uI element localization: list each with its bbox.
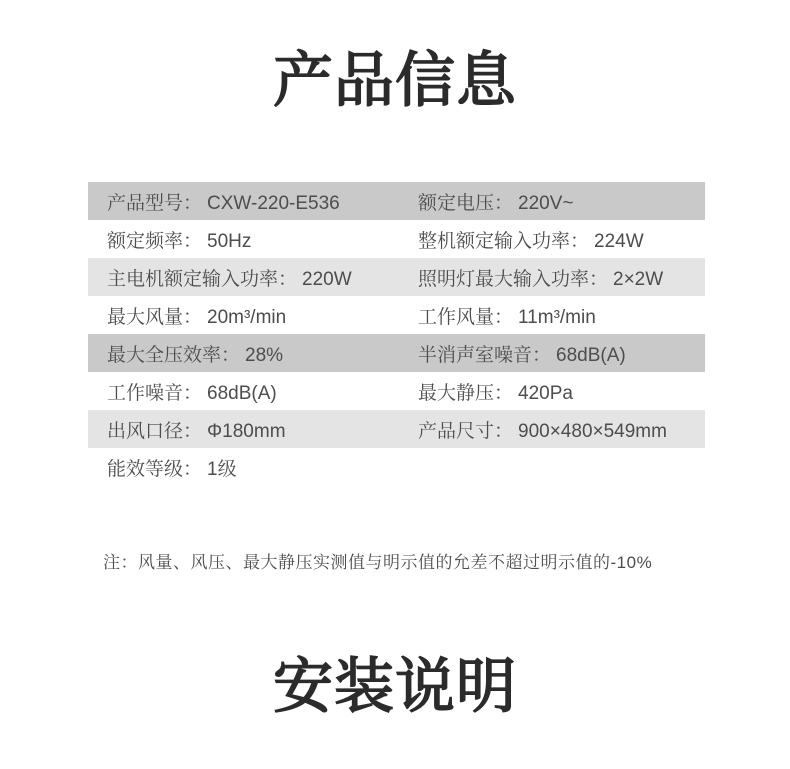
spec-value: 900×480×549mm <box>518 421 667 443</box>
spec-cell-product-dimensions: 产品尺寸： 900×480×549mm <box>418 416 705 443</box>
table-row: 能效等级： 1级 <box>88 448 705 486</box>
spec-value: 224W <box>594 231 644 253</box>
spec-cell-lamp-max-input-power: 照明灯最大输入功率： 2×2W <box>418 264 705 291</box>
spec-label: 工作噪音： <box>107 378 202 405</box>
page-title-installation: 安装说明 <box>0 655 790 718</box>
spec-label: 半消声室噪音： <box>418 340 551 367</box>
spec-cell-rated-voltage: 额定电压： 220V~ <box>418 188 705 215</box>
spec-value: 28% <box>245 345 283 367</box>
spec-label: 产品型号： <box>107 188 202 215</box>
table-row: 工作噪音： 68dB(A) 最大静压： 420Pa <box>88 372 705 410</box>
spec-value: 420Pa <box>518 383 573 405</box>
spec-cell-max-airflow: 最大风量： 20m³/min <box>88 302 418 329</box>
spec-cell-working-noise: 工作噪音： 68dB(A) <box>88 378 418 405</box>
spec-label: 整机额定输入功率： <box>418 226 589 253</box>
spec-cell-energy-efficiency-grade: 能效等级： 1级 <box>88 454 418 481</box>
spec-cell-model: 产品型号： CXW-220-E536 <box>88 188 418 215</box>
spec-label: 产品尺寸： <box>418 416 513 443</box>
spec-label: 能效等级： <box>107 454 202 481</box>
table-row: 出风口径： Φ180mm 产品尺寸： 900×480×549mm <box>88 410 705 448</box>
spec-label: 照明灯最大输入功率： <box>418 264 608 291</box>
spec-cell-motor-rated-input-power: 主电机额定输入功率： 220W <box>88 264 418 291</box>
spec-label: 额定电压： <box>418 188 513 215</box>
spec-value: 68dB(A) <box>556 345 626 367</box>
spec-cell-semi-anechoic-noise: 半消声室噪音： 68dB(A) <box>418 340 705 367</box>
spec-cell-max-pressure-efficiency: 最大全压效率： 28% <box>88 340 418 367</box>
spec-table: 产品型号： CXW-220-E536 额定电压： 220V~ 额定频率： 50H… <box>88 182 705 486</box>
table-row: 额定频率： 50Hz 整机额定输入功率： 224W <box>88 220 705 258</box>
spec-value: 20m³/min <box>207 307 286 329</box>
spec-label: 最大全压效率： <box>107 340 240 367</box>
spec-value: 50Hz <box>207 231 251 253</box>
tolerance-note: 注：风量、风压、最大静压实测值与明示值的允差不超过明示值的-10% <box>103 548 652 573</box>
spec-value: CXW-220-E536 <box>207 193 340 215</box>
spec-cell-working-airflow: 工作风量： 11m³/min <box>418 302 705 329</box>
table-row: 最大风量： 20m³/min 工作风量： 11m³/min <box>88 296 705 334</box>
table-row: 主电机额定输入功率： 220W 照明灯最大输入功率： 2×2W <box>88 258 705 296</box>
spec-label: 最大静压： <box>418 378 513 405</box>
spec-label: 出风口径： <box>107 416 202 443</box>
spec-label: 最大风量： <box>107 302 202 329</box>
table-row: 最大全压效率： 28% 半消声室噪音： 68dB(A) <box>88 334 705 372</box>
spec-label: 额定频率： <box>107 226 202 253</box>
spec-value: 220W <box>302 269 352 291</box>
spec-value: 11m³/min <box>518 307 596 329</box>
page-title-product-info: 产品信息 <box>0 49 790 112</box>
spec-cell-rated-frequency: 额定频率： 50Hz <box>88 226 418 253</box>
spec-value: 220V~ <box>518 193 573 215</box>
spec-cell-max-static-pressure: 最大静压： 420Pa <box>418 378 705 405</box>
table-row: 产品型号： CXW-220-E536 额定电压： 220V~ <box>88 182 705 220</box>
spec-value: 68dB(A) <box>207 383 277 405</box>
spec-value: Φ180mm <box>207 421 286 443</box>
spec-cell-total-rated-input-power: 整机额定输入功率： 224W <box>418 226 705 253</box>
spec-value: 1级 <box>207 454 237 481</box>
spec-label: 工作风量： <box>418 302 513 329</box>
spec-cell-outlet-diameter: 出风口径： Φ180mm <box>88 416 418 443</box>
spec-label: 主电机额定输入功率： <box>107 264 297 291</box>
spec-value: 2×2W <box>613 269 663 291</box>
